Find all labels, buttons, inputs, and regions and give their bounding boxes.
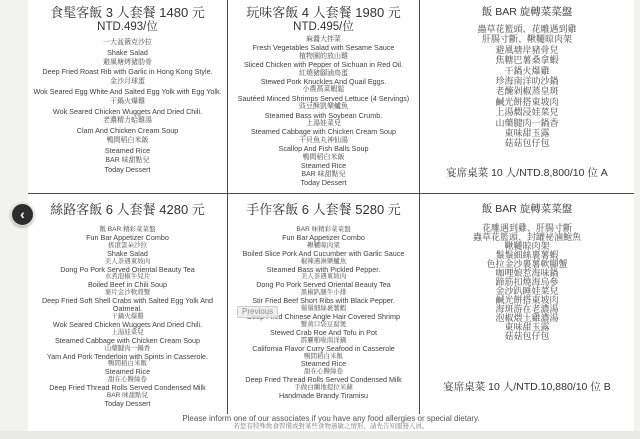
dish-name-en: Fresh Vegetables Salad with Sesame Sauce: [230, 44, 417, 52]
menu-item: 菇菇包仔包: [422, 138, 632, 148]
dish-name-zh: 菇菇包仔包: [422, 332, 632, 341]
menu-section-set-4p: 玩味客飯 4 人套餐 1980 元 NTD.495/位 麻醬大拌菜 Fresh …: [227, 0, 420, 194]
menu-item: 避風塘岸豬骨兒: [422, 45, 632, 55]
menu-section-banquet-a: 飯 BAR 旋轉菜菜盤 蟲草花籃頭、花雕遇到雞 肝腸寸斷、鞦韆晾肉架 避風塘岸豬…: [420, 0, 634, 194]
menu-item: 小農萵菜蝦鬆 Sautéed Minced Shrimps Served Let…: [230, 86, 417, 103]
dish-name-en: Scallop And Fish Balls Soup: [230, 145, 417, 153]
menu-item: 干鍋火爆雞 Wok Seared Chicken Wuggets And Dri…: [30, 313, 225, 329]
dish-name-zh: 山藥腱肉一鍋香: [422, 118, 632, 128]
dish-name-zh: 蟲草花籃頭、花雕遇到雞: [422, 24, 632, 34]
menu-item: 珍海南洋叻沙鍋: [422, 76, 632, 86]
menu-item: 黑椒趴腿牛小排 Stir Fried Beef Short Ribs with …: [230, 289, 417, 305]
menu-item: BAR 味甜點兒 Today Dessert: [30, 156, 225, 176]
dish-name-en: Shake Salad: [30, 250, 225, 258]
menu-item: BAR 味甜點兒 Today Dessert: [230, 171, 417, 188]
dish-name-zh: 金沙月球蛋: [30, 77, 225, 87]
right-gutter: [634, 0, 640, 439]
section-title: 飯 BAR 旋轉菜菜盤: [482, 202, 572, 216]
dish-name-zh: 老濃精力蛤雞湯: [30, 116, 225, 126]
dish-name-en: Clam And Chicken Cream Soup: [30, 126, 225, 136]
menu-page: 食髦客飯 3 人套餐 1480 元 NTD.493/位 一大盆薇克沙拉 Shak…: [28, 0, 634, 414]
menu-item: 蟹黃口袋豆腐煲 Stewed Crab Roe And Tofu in Pot: [230, 321, 417, 337]
dish-name-en: Wok Seared Egg White And Salted Egg Yolk…: [30, 87, 225, 97]
chevron-left-icon: ‹: [20, 207, 25, 221]
section-title: 絲路客飯 6 人套餐 4280 元: [50, 202, 205, 218]
dish-name-en: Sliced Chicken with Pepper of Sichuan in…: [230, 61, 417, 69]
dish-name-en: Steamed Rice: [230, 162, 417, 170]
previous-tooltip: Previous: [237, 306, 278, 318]
section-title: 食髦客飯 3 人套餐 1480 元: [50, 5, 205, 21]
section-title: 玩味客飯 4 人套餐 1980 元: [246, 5, 401, 21]
menu-item: 避風塘烤豬肋骨 Deep Fried Roast Rib with Garlic…: [30, 58, 225, 78]
menu-item: 鞦韆晾肉架 Boiled Slice Pork And Cucumber wit…: [230, 242, 417, 258]
menu-item: 美人茶遇東坡肉 Dong Po Pork Served Oriental Bea…: [30, 258, 225, 274]
dish-name-zh: 避風塘岸豬骨兒: [422, 45, 632, 55]
section-title: 飯 BAR 旋轉菜菜盤: [482, 5, 572, 19]
section-price: NTD.495/位: [293, 21, 354, 34]
menu-item: 一大盆薇克沙拉 Shake Salad: [30, 38, 225, 58]
menu-item: 老濃精力蛤雞湯 Clam And Chicken Cream Soup: [30, 116, 225, 136]
dish-name-en: Fun Bar Appetizer Combo: [30, 234, 225, 242]
menu-item: 鴨間稻白米飯 Steamed Rice: [30, 360, 225, 376]
menu-item: 鹹光餅搭東坡肉: [422, 97, 632, 107]
allergy-notice-en: Please inform one of our associates if y…: [28, 414, 634, 423]
menu-item: 鴨間稻白米飯 Steamed Rice: [30, 136, 225, 156]
dish-name-en: California Flavor Curry Seafood in Casse…: [230, 345, 417, 353]
dish-name-zh: 一大盆薇克沙拉: [30, 38, 225, 48]
dish-list: 一大盆薇克沙拉 Shake Salad 避風塘烤豬肋骨 Deep Fried R…: [30, 38, 225, 175]
menu-item: 甜在心饅絲卷 Deep Fried Thread Rolls Served Co…: [30, 376, 225, 392]
menu-item: 山藥腱肉一鍋香 Yam And Pork Tenderloin with Spi…: [30, 345, 225, 361]
dish-name-en: Fun Bar Appetizer Combo: [230, 234, 417, 242]
dish-name-en: Stewed Crab Roe And Tofu in Pot: [230, 329, 417, 337]
dish-name-zh: 干鍋火爆雞: [422, 66, 632, 76]
dish-name-en: Boiled Slice Pork And Cucumber with Garl…: [230, 250, 417, 258]
banquet-price-a: 宴席桌菜 10 人/NTD.8,800/10 位 A: [446, 165, 608, 180]
dish-name-en: Deep Fried Roast Rib with Garlic in Hong…: [30, 67, 225, 77]
allergy-notice: Please inform one of our associates if y…: [28, 414, 634, 431]
dish-name-en: Handmade Brandy Tiramisu: [230, 392, 417, 400]
menu-item: 鴨間稻白米飯 Steamed Rice: [230, 154, 417, 171]
dish-name-zh: 東味甜玉露: [422, 128, 632, 138]
dish-name-en: Steamed Rice: [30, 146, 225, 156]
dish-name-en: Today Dessert: [230, 179, 417, 187]
menu-item: 山藥腱肉一鍋香: [422, 118, 632, 128]
menu-item: 植物園的放山雞 Sliced Chicken with Pepper of Si…: [230, 53, 417, 70]
menu-item: 霹靂啪啦南洋鍋 California Flavor Curry Seafood …: [230, 337, 417, 353]
dish-name-en: Shake Salad: [30, 48, 225, 58]
dish-name-zh: 干鍋火爆雞: [30, 97, 225, 107]
menu-item: 干鍋火爆雞: [422, 66, 632, 76]
menu-viewer: 食髦客飯 3 人套餐 1480 元 NTD.493/位 一大盆薇克沙拉 Shak…: [0, 0, 640, 439]
dish-name-zh: 菇菇包仔包: [422, 138, 632, 148]
menu-item: 椒辣遇淋樂鱸魚 Steamed Bass with Pickled Pepper…: [230, 258, 417, 274]
dish-name-en: Steamed Bass with Soybean Crumb.: [230, 112, 417, 120]
dish-name-en: Steamed Cabbage with Chicken Cream Soup: [30, 337, 225, 345]
dish-name-en: Steamed Cabbage with Chicken Cream Soup: [230, 128, 417, 136]
previous-button[interactable]: ‹: [11, 203, 34, 226]
menu-item: 上湯燜浸娃菜兒: [422, 107, 632, 117]
bottom-strip: [0, 431, 640, 439]
dish-name-zh: 避風塘烤豬肋骨: [30, 58, 225, 68]
menu-item: 干貝魚丸神仙湯 Scallop And Fish Balls Soup: [230, 137, 417, 154]
dish-list: 花雕遇到雞、肝腸寸斷 蟲草花籃頭、封罐祕滷鮑魚 鞦韆晾肉架 鬚鬚細絲裹薯蝦: [422, 224, 632, 341]
dish-name-en: Deep Fried Thread Rolls Served Condensed…: [30, 384, 225, 392]
menu-item: 搖滾雲朵沙拉 Shake Salad: [30, 242, 225, 258]
dish-name-en: Today Dessert: [30, 165, 225, 175]
dish-name-en: Today Dessert: [30, 400, 225, 408]
menu-item: 干鍋火爆雞 Wok Seared Chicken Wuggets And Dri…: [30, 97, 225, 117]
menu-item: 東味甜玉露: [422, 128, 632, 138]
menu-item: 飯 BAR 精彩菜菜盤 Fun Bar Appetizer Combo: [30, 226, 225, 242]
menu-item: 鴨間稻白米飯 Steamed Rice: [230, 353, 417, 369]
section-title: 手作客飯 6 人套餐 5280 元: [246, 202, 401, 218]
dish-name-zh: BAR 味甜點兒: [30, 156, 225, 166]
menu-item: 蟲草花籃頭、花雕遇到雞: [422, 24, 632, 34]
dish-name-en: Wok Seared Chicken Wuggets And Dried Chi…: [30, 321, 225, 329]
menu-item: 手做白蘭地提拉米蘇 Handmade Brandy Tiramisu: [230, 384, 417, 400]
menu-item: 上湯娃菜兒 Steamed Cabbage with Chicken Cream…: [30, 329, 225, 345]
allergy-notice-zh: 若您有特殊飲食習慣或對某些食物過敏之情形，請先告知服務人員。: [28, 423, 634, 431]
menu-item: 甜在心饅絲卷 Deep Fried Thread Rolls Served Co…: [230, 368, 417, 384]
menu-item: 美人茶遇東坡肉 Dong Po Pork Served Oriental Bea…: [230, 273, 417, 289]
menu-section-set-6p-handmade: 手作客飯 6 人套餐 5280 元 BAR 味精彩菜菜盤 Fun Bar App…: [227, 194, 420, 414]
dish-name-zh: 焦糖巴薯桑拿蝦: [422, 55, 632, 65]
dish-name-en: Sautéed Minced Shrimps Served Lettuce (4…: [230, 95, 417, 103]
menu-item: 菇菇包仔包: [422, 332, 632, 341]
menu-item: 上湯娃菜兒 Steamed Cabbage with Chicken Cream…: [230, 120, 417, 137]
dish-name-zh: 珍海南洋叻沙鍋: [422, 76, 632, 86]
dish-name-en: Deep Fried Thread Rolls Served Condensed…: [230, 376, 417, 384]
dish-name-zh: 上湯燜浸娃菜兒: [422, 107, 632, 117]
menu-item: 金沙月球蛋 Wok Seared Egg White And Salted Eg…: [30, 77, 225, 97]
banquet-price-b: 宴席桌菜 10 人/NTD.10,880/10 位 B: [443, 379, 610, 394]
menu-item: 肝腸寸斷、鞦韆晾肉架: [422, 34, 632, 44]
menu-item: BAR 味甜點兒 Today Dessert: [30, 392, 225, 408]
menu-section-banquet-b: 飯 BAR 旋轉菜菜盤 花雕遇到雞、肝腸寸斷 蟲草花籃頭、封罐祕滷鮑魚 鞦韆晾肉…: [420, 194, 634, 414]
menu-section-set-3p: 食髦客飯 3 人套餐 1480 元 NTD.493/位 一大盆薇克沙拉 Shak…: [28, 0, 227, 194]
dish-name-en: Deep Fried Soft Shell Crabs with Salted …: [30, 297, 225, 313]
dish-name-zh: 老醃剁椒蒸皇斑: [422, 86, 632, 96]
dish-list: 麻醬大拌菜 Fresh Vegetables Salad with Sesame…: [230, 36, 417, 187]
menu-item: 焦糖巴薯桑拿蝦: [422, 55, 632, 65]
menu-item: 豉豆酥凱樂鱸魚 Steamed Bass with Soybean Crumb.: [230, 103, 417, 120]
menu-item: 麻醬大拌菜 Fresh Vegetables Salad with Sesame…: [230, 36, 417, 53]
menu-item: BAR 味精彩菜菜盤 Fun Bar Appetizer Combo: [230, 226, 417, 242]
menu-item: 老醃剁椒蒸皇斑: [422, 86, 632, 96]
menu-item: 水煮泡椒牛兒片 Boiled Beef in Chili Soup: [30, 273, 225, 289]
dish-name-zh: 鹹光餅搭東坡肉: [422, 97, 632, 107]
dish-list: 蟲草花籃頭、花雕遇到雞 肝腸寸斷、鞦韆晾肉架 避風塘岸豬骨兒 焦糖巴薯桑拿蝦: [422, 24, 632, 149]
section-price: NTD.493/位: [97, 21, 158, 34]
dish-name-zh: 鴨間稻白米飯: [30, 136, 225, 146]
dish-name-en: Wok Seared Chicken Wuggets And Dried Chi…: [30, 107, 225, 117]
menu-item: 紅燒豬腳滷鳥蛋 Stewed Pork Knuckles And Quail E…: [230, 70, 417, 87]
dish-name-zh: 肝腸寸斷、鞦韆晾肉架: [422, 34, 632, 44]
menu-item: 麥片金沙軟殼蟹 Deep Fried Soft Shell Crabs with…: [30, 289, 225, 313]
dish-name-en: Stir Fried Beef Short Ribs with Black Pe…: [230, 297, 417, 305]
menu-section-set-6p-silkroad: 絲路客飯 6 人套餐 4280 元 飯 BAR 精彩菜菜盤 Fun Bar Ap…: [28, 194, 227, 414]
dish-list: 飯 BAR 精彩菜菜盤 Fun Bar Appetizer Combo 搖滾雲朵…: [30, 226, 225, 408]
